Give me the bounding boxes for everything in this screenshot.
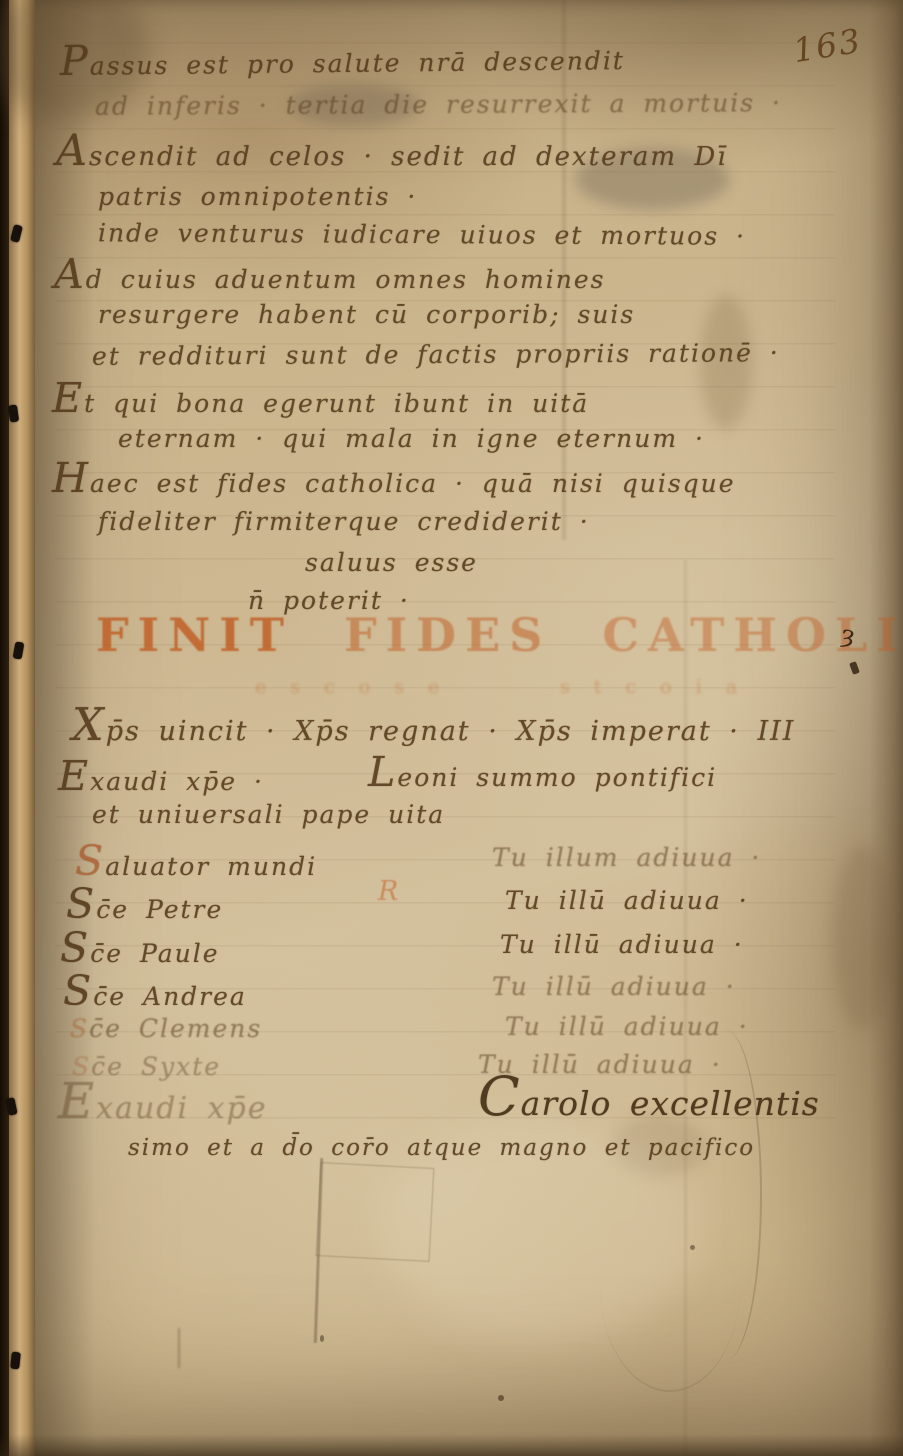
speck: [498, 1395, 504, 1401]
laudes-leoni: Leoni summo pontifici: [368, 756, 717, 792]
creed-line: Ascendit ad celos · sedit ad dexteram Dī: [56, 134, 728, 172]
laudes-exaudi-carolo: Exaudi xp̄e: [58, 1082, 267, 1126]
creed-line: Et qui bona egerunt ibunt in uitā: [52, 382, 589, 418]
petition-invocation: Sc̄e Paule: [60, 932, 220, 968]
rubric-title: FINIT FIDES CATHOLICA: [96, 608, 836, 662]
marginal-tick: [849, 661, 860, 675]
creed-line: Passus est pro salute nrā descendit: [60, 39, 625, 81]
rubric-word: FIDES: [344, 608, 551, 662]
faded-rubric-traces: s t c o i a: [560, 676, 746, 698]
creed-line: saluus esse: [305, 548, 478, 577]
book-spine-edge: [0, 0, 9, 1456]
petition-invocation: Sc̄e Petre: [66, 888, 223, 924]
petition-invocation: Sc̄e Clemens: [70, 1014, 262, 1043]
scratch: [178, 1328, 180, 1368]
creed-line: ad inferis · tertia die resurrexit a mor…: [95, 88, 782, 121]
creed-line: patris omnipotentis ·: [98, 182, 417, 211]
gutter-fold: [9, 0, 35, 1456]
laudes-acclamation: Xp̄s uincit · Xp̄s regnat · Xp̄s imperat…: [72, 708, 795, 747]
creed-line: inde venturus iudicare uiuos et mortuos …: [98, 218, 746, 250]
page-number: 163: [790, 21, 864, 70]
laudes-carolo-continued: simo et a d̄o cor̄o atque magno et pacif…: [128, 1135, 755, 1161]
parchment-stain: [832, 845, 894, 1030]
petition-response: Tu illū adiuua ·: [505, 886, 749, 915]
creed-line: et reddituri sunt de factis propriis rat…: [92, 338, 780, 371]
manuscript-page: 163 Passus est pro salute nrā descendit …: [0, 0, 903, 1456]
rubric-word: CATHOLICA: [602, 608, 903, 662]
drypoint-doodle: [316, 1162, 435, 1262]
creed-line: eternam · qui mala in igne eternum ·: [118, 424, 705, 453]
petition-response: Tu illū adiuua ·: [505, 1012, 749, 1041]
creed-line: Haec est fides catholica · quā nisi quis…: [52, 462, 736, 498]
petition-invocation: Sc̄e Andrea: [63, 975, 247, 1011]
petition-response: Tu illum adiuua ·: [492, 843, 761, 872]
speck: [320, 1335, 324, 1342]
sewing-thread: [10, 1352, 21, 1370]
petition-invocation: Saluator mundi: [75, 845, 317, 881]
petition-response: Tu illū adiuua ·: [500, 930, 744, 959]
speck: [690, 1245, 695, 1250]
creed-line: Ad cuius aduentum omnes homines: [54, 258, 605, 294]
page-bottom-edge: [0, 1434, 903, 1456]
laudes-pape: et uniuersali pape uita: [92, 800, 445, 829]
creed-line: resurgere habent cū corporib; suis: [98, 300, 635, 329]
creed-line: fideliter firmiterque crediderit ·: [98, 507, 590, 536]
scratch: [600, 1180, 740, 1392]
petition-response: Tu illū adiuua ·: [492, 972, 736, 1001]
laudes-carolo: Carolo excellentis: [478, 1075, 820, 1123]
rubric-word: FINIT: [96, 608, 293, 662]
faded-rubric-traces: e s c o s e: [255, 676, 448, 698]
response-mark: R: [378, 876, 398, 907]
laudes-exaudi: Exaudi xp̄e ·: [58, 760, 264, 796]
page-right-edge: [869, 0, 903, 1456]
